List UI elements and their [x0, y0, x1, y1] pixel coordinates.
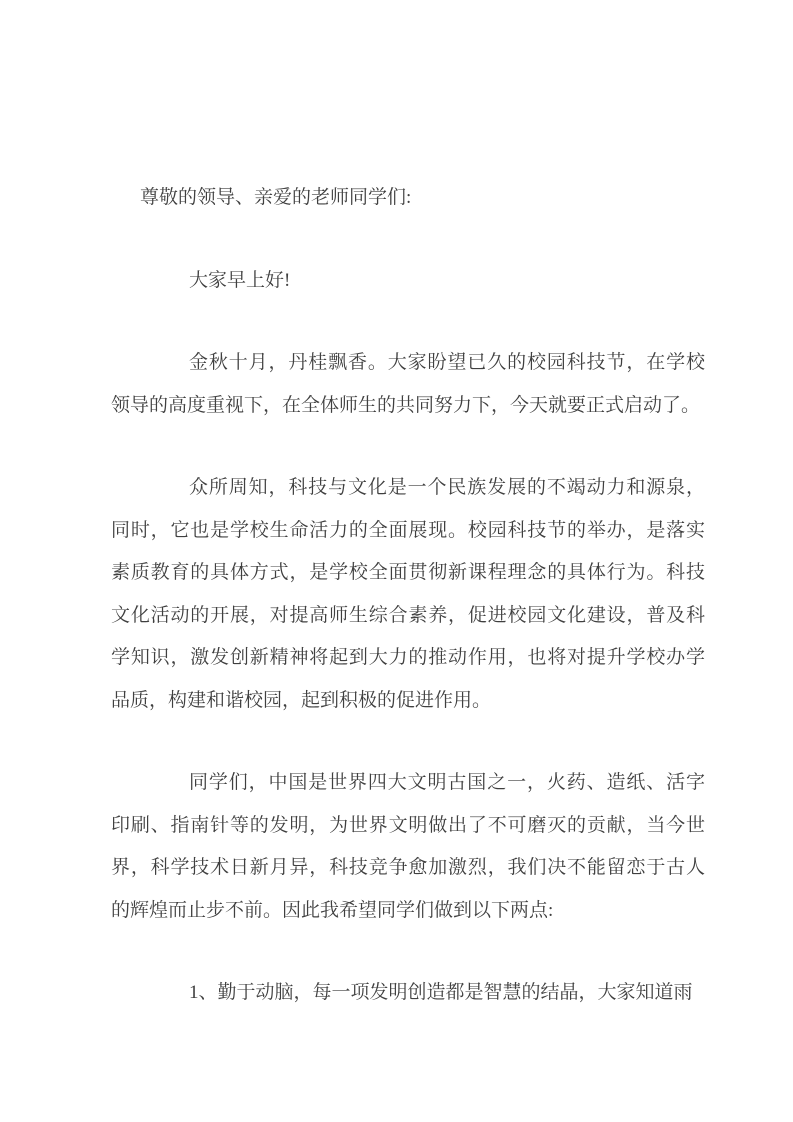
text-line: 大家早上好!	[111, 260, 705, 303]
text-line: 1、勤于动脑，每一项发明创造都是智慧的结晶，大家知道雨	[111, 972, 705, 1015]
text-line: 同时，它也是学校生命活力的全面展现。校园科技节的举办，是落实	[111, 510, 705, 553]
text-line: 众所周知，科技与文化是一个民族发展的不竭动力和源泉，	[111, 467, 705, 510]
text-line: 尊敬的领导、亲爱的老师同学们:	[111, 177, 705, 220]
document-body: 尊敬的领导、亲爱的老师同学们:大家早上好!金秋十月，丹桂飘香。大家盼望已久的校园…	[111, 177, 705, 1055]
paragraph: 众所周知，科技与文化是一个民族发展的不竭动力和源泉，同时，它也是学校生命活力的全…	[111, 467, 705, 722]
text-line: 学知识，激发创新精神将起到大力的推动作用，也将对提升学校办学	[111, 637, 705, 680]
text-line: 印刷、指南针等的发明，为世界文明做出了不可磨灭的贡献，当今世	[111, 805, 705, 848]
text-line: 领导的高度重视下，在全体师生的共同努力下，今天就要正式启动了。	[111, 385, 705, 428]
text-line: 的辉煌而止步不前。因此我希望同学们做到以下两点:	[111, 890, 705, 933]
paragraph: 尊敬的领导、亲爱的老师同学们:	[111, 177, 705, 220]
text-line: 品质，构建和谐校园，起到积极的促进作用。	[111, 680, 705, 723]
text-line: 文化活动的开展，对提高师生综合素养，促进校园文化建设，普及科	[111, 595, 705, 638]
paragraph: 1、勤于动脑，每一项发明创造都是智慧的结晶，大家知道雨	[111, 972, 705, 1015]
text-line: 同学们，中国是世界四大文明古国之一，火药、造纸、活字	[111, 762, 705, 805]
text-line: 界，科学技术日新月异，科技竞争愈加激烈，我们决不能留恋于古人	[111, 847, 705, 890]
document-page: 尊敬的领导、亲爱的老师同学们:大家早上好!金秋十月，丹桂飘香。大家盼望已久的校园…	[0, 0, 793, 1122]
text-line: 金秋十月，丹桂飘香。大家盼望已久的校园科技节，在学校	[111, 342, 705, 385]
paragraph: 同学们，中国是世界四大文明古国之一，火药、造纸、活字印刷、指南针等的发明，为世界…	[111, 762, 705, 932]
paragraph: 大家早上好!	[111, 260, 705, 303]
paragraph: 金秋十月，丹桂飘香。大家盼望已久的校园科技节，在学校领导的高度重视下，在全体师生…	[111, 342, 705, 427]
text-line: 素质教育的具体方式，是学校全面贯彻新课程理念的具体行为。科技	[111, 552, 705, 595]
